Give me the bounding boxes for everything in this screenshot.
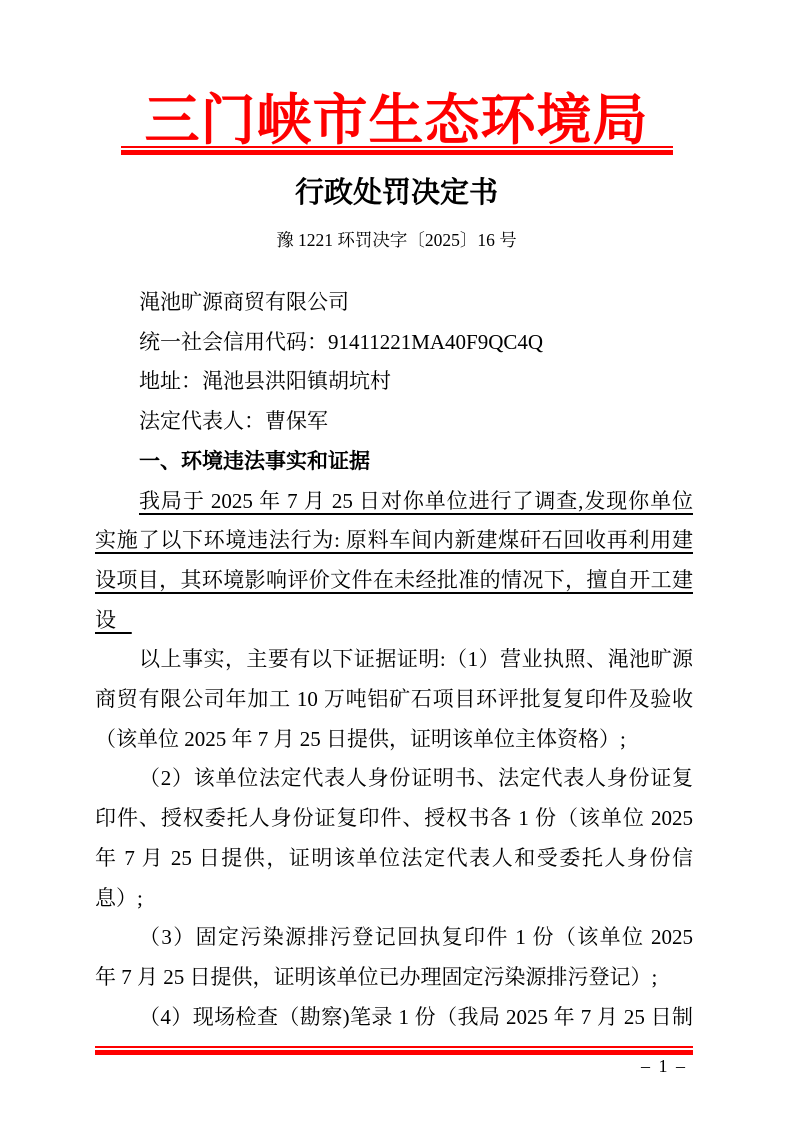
- section-heading: 一、环境违法事实和证据: [95, 442, 693, 482]
- header-rule-thick-line: [121, 150, 673, 155]
- header-rule: [121, 146, 673, 155]
- document-page: 三门峡市生态环境局 行政处罚决定书 豫 1221 环罚决字〔2025〕16 号 …: [0, 0, 793, 1122]
- evidence-line: （3）固定污染源排污登记回执复印件 1 份（该单位 2025: [95, 918, 693, 958]
- credit-code-line: 统一社会信用代码：91411221MA40F9QC4Q: [95, 323, 693, 363]
- evidence-line: 印件、授权委托人身份证复印件、授权书各 1 份（该单位 2025: [95, 799, 693, 839]
- evidence-line: 息）;: [95, 879, 693, 919]
- footer-rule-thick-line: [95, 1050, 693, 1055]
- document-number: 豫 1221 环罚决字〔2025〕16 号: [0, 227, 793, 252]
- document-title: 行政处罚决定书: [0, 170, 793, 211]
- address-line: 地址：渑池县洪阳镇胡坑村: [95, 362, 693, 402]
- evidence-line: （该单位 2025 年 7 月 25 日提供，证明该单位主体资格）;: [95, 720, 693, 760]
- evidence-line: 年 7 月 25 日提供，证明该单位已办理固定污染源排污登记）;: [95, 958, 693, 998]
- evidence-line: 年 7 月 25 日提供，证明该单位法定代表人和受委托人身份信: [95, 839, 693, 879]
- evidence-line: （2）该单位法定代表人身份证明书、法定代表人身份证复: [95, 759, 693, 799]
- page-number: – 1 –: [95, 1056, 687, 1077]
- document-body: 渑池旷源商贸有限公司 统一社会信用代码：91411221MA40F9QC4Q 地…: [95, 283, 693, 1037]
- legal-representative-line: 法定代表人：曹保军: [95, 402, 693, 442]
- violation-line: 我局于 2025 年 7 月 25 日对你单位进行了调查,发现你单位: [95, 482, 693, 522]
- evidence-line: （4）现场检查（勘察)笔录 1 份（我局 2025 年 7 月 25 日制: [95, 998, 693, 1038]
- violation-line: 设项目，其环境影响评价文件在未经批准的情况下，擅自开工建: [95, 561, 693, 601]
- recipient-company-line: 渑池旷源商贸有限公司: [95, 283, 693, 323]
- evidence-line: 以上事实，主要有以下证据证明:（1）营业执照、渑池旷源: [95, 640, 693, 680]
- violation-line: 设: [95, 601, 693, 641]
- evidence-line: 商贸有限公司年加工 10 万吨铝矿石项目环评批复复印件及验收: [95, 680, 693, 720]
- agency-name: 三门峡市生态环境局: [0, 76, 793, 155]
- footer-rule: [95, 1046, 693, 1055]
- violation-line: 实施了以下环境违法行为: 原料车间内新建煤矸石回收再利用建: [95, 521, 693, 561]
